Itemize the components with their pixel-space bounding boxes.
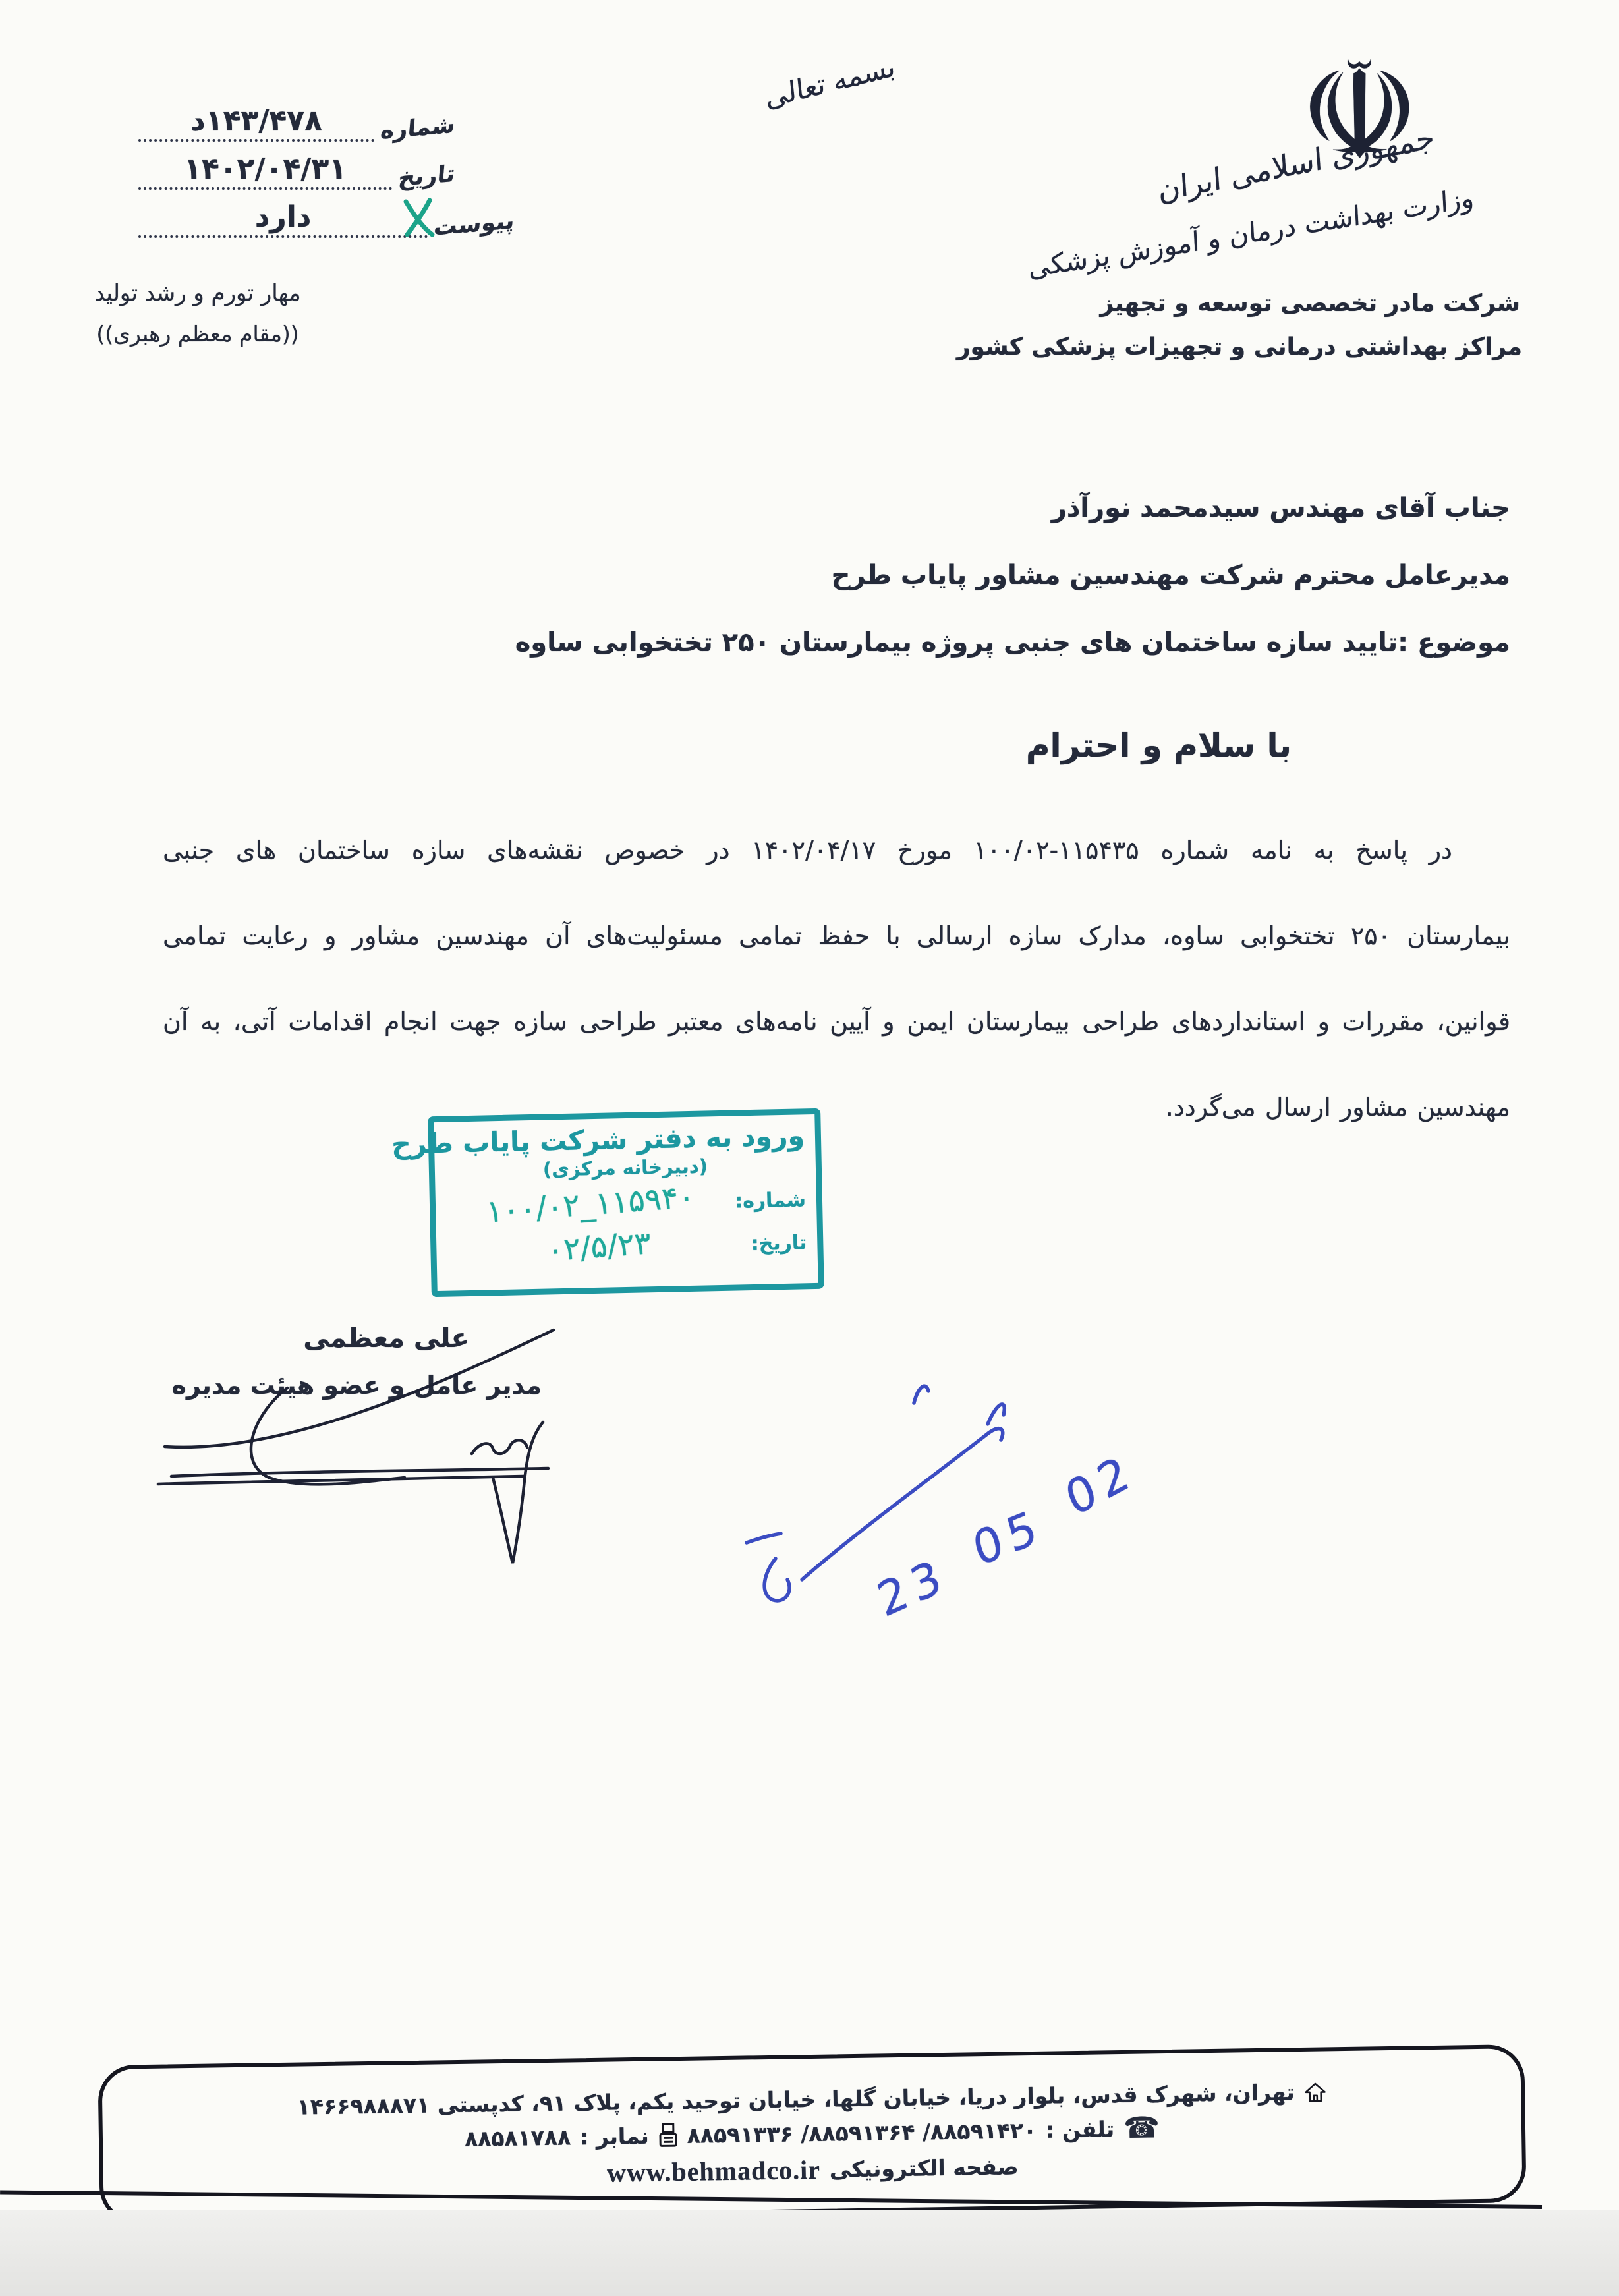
recipient-title: مدیرعامل محترم شرکت مهندسین مشاور پایاب … (515, 560, 1510, 627)
footer-address-line: تهران، شهرک قدس، بلوار دریا، خیابان گلها… (297, 2079, 1326, 2119)
recipient-block: جناب آقای مهندس سیدمحمد نورآذر مدیرعامل … (515, 493, 1510, 695)
blue-pen-scribble (708, 1361, 1209, 1651)
entry-stamp: ورود به دفتر شرکت پایاب طرح (دبیرخانه مر… (428, 1108, 824, 1297)
letter-meta-block: شماره ۱۴۳/۴۷۸د تاریخ ۱۴۰۲/۰۴/۳۱ پیوست دا… (138, 104, 455, 248)
footer-phone-numbers: ۸۸۵۹۱۴۲۰/ ۸۸۵۹۱۳۶۴/ ۸۸۵۹۱۳۳۶ (687, 2117, 1037, 2148)
letter-number-value: ۱۴۳/۴۷۸د (190, 104, 322, 138)
dotted-line: ۱۴۰۲/۰۴/۳۱ (138, 152, 392, 190)
green-check-mark-icon (401, 196, 436, 237)
slogan-text: مهار تورم و رشد تولید (53, 280, 343, 306)
house-icon (1303, 2081, 1326, 2104)
salutation: با سلام و احترام (1026, 726, 1292, 764)
phone-icon: ☎ (1123, 2113, 1160, 2143)
letter-date-row: تاریخ ۱۴۰۲/۰۴/۳۱ (138, 152, 455, 190)
footer-website-line: صفحه الکترونیکی www.behmadco.ir (607, 2151, 1019, 2188)
footer-website-label: صفحه الکترونیکی (830, 2154, 1019, 2182)
besmele-calligraphy: بسمه تعالی (752, 47, 909, 117)
slogan-attribution: ((مقام معظم رهبری)) (53, 321, 343, 347)
letter-attachment-row: پیوست دارد (138, 200, 514, 238)
stamp-date-row: تاریخ: ۰۲/۵/۲۳ (447, 1224, 807, 1268)
footer-fax-number: ۸۸۵۸۱۷۸۸ (465, 2124, 571, 2151)
scanned-letter-page: شماره ۱۴۳/۴۷۸د تاریخ ۱۴۰۲/۰۴/۳۱ پیوست دا… (0, 0, 1619, 2296)
body-line: بیمارستان ۲۵۰ تختخوابی ساوه، مدارک سازه … (163, 915, 1510, 1000)
scan-bottom-strip (0, 2210, 1619, 2296)
dotted-line: دارد (138, 200, 428, 238)
body-line: مهندسین مشاور ارسال می‌گردد. (163, 1086, 1510, 1172)
letter-attachment-value: دارد (255, 200, 312, 234)
body-line: قوانین، مقررات و استانداردهای طراحی بیما… (163, 1000, 1510, 1086)
letter-attachment-label: پیوست (426, 208, 516, 241)
year-slogan-block: مهار تورم و رشد تولید ((مقام معظم رهبری)… (53, 280, 343, 347)
letter-date-label: تاریخ (391, 161, 456, 192)
organization-name-line1: شرکت مادر تخصصی توسعه و تجهیز (1100, 290, 1520, 317)
footer-website-url: www.behmadco.ir (607, 2154, 821, 2189)
stamp-date-label: تاریخ: (751, 1231, 807, 1255)
letter-date-value: ۱۴۰۲/۰۴/۳۱ (184, 152, 347, 186)
footer-phone-label: تلفن : (1046, 2116, 1115, 2143)
subject-line: موضوع :تایید سازه ساختمان های جنبی پروژه… (515, 627, 1510, 695)
stamp-number-label: شماره: (735, 1188, 807, 1213)
body-line: در پاسخ به نامه شماره ۱۱۵۴۳۵-۱۰۰/۰۲ مورخ… (163, 829, 1510, 915)
footer-phone-line: ☎ تلفن : ۸۸۵۹۱۴۲۰/ ۸۸۵۹۱۳۶۴/ ۸۸۵۹۱۳۳۶ نم… (465, 2113, 1160, 2153)
letter-number-label: شماره (373, 112, 457, 145)
recipient-name: جناب آقای مهندس سیدمحمد نورآذر (515, 493, 1510, 560)
stamp-number-row: شماره: ۱۰۰/۰۲_۱۱۵۹۴۰ (446, 1182, 807, 1225)
letter-body: در پاسخ به نامه شماره ۱۱۵۴۳۵-۱۰۰/۰۲ مورخ… (163, 829, 1510, 1172)
dotted-line: ۱۴۳/۴۷۸د (138, 104, 374, 142)
organization-name-line2: مراکز بهداشتی درمانی و تجهیزات پزشکی کشو… (957, 333, 1522, 360)
stamp-title: ورود به دفتر شرکت پایاب طرح (445, 1120, 805, 1159)
handwritten-signature (150, 1310, 585, 1580)
footer-fax-label: نمابر : (580, 2123, 649, 2150)
fax-icon (658, 2122, 678, 2148)
letter-number-row: شماره ۱۴۳/۴۷۸د (138, 104, 455, 142)
